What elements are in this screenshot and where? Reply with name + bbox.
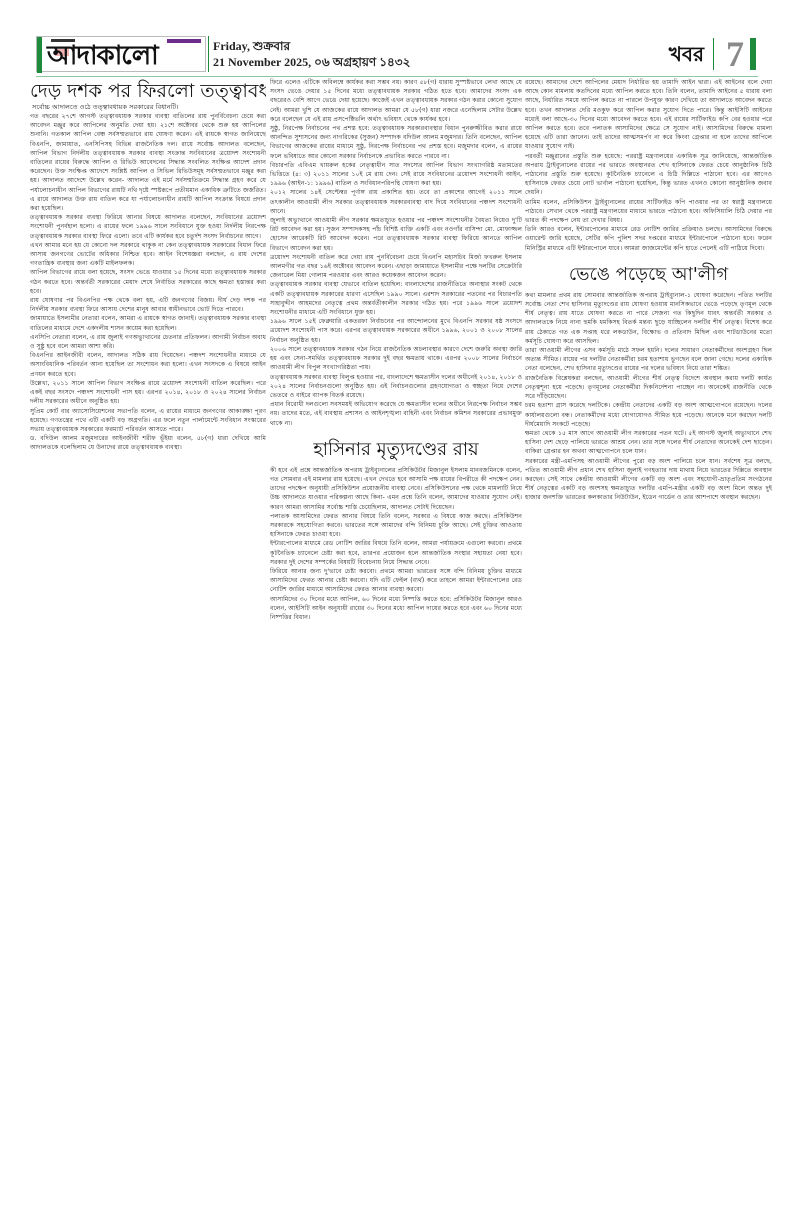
- article-paragraph: কথা মামলার প্রথম রায় সোমবার আন্তর্জাতিক…: [525, 291, 772, 346]
- article-paragraph: উল্লেখ্য, ২০১১ সালে আপিল বিভাগ সংক্ষিপ্ত…: [30, 379, 266, 407]
- article-paragraph: আসামিদের ৩০ দিনের মধ্যে আপিল, ৬০ দিনের ম…: [270, 595, 522, 623]
- page-number: 7: [726, 34, 744, 74]
- masthead: আদাকালো Friday, শুক্রবার 21 November 202…: [36, 36, 758, 80]
- article-paragraph: সুপ্রিম কোর্ট বার অ্যাসোসিয়েশনের সভাপতি…: [30, 407, 266, 435]
- article-paragraph: চরম হতাশা গ্রাস করেছে দলটিকে। কেন্দ্রীয়…: [525, 401, 772, 429]
- article-kicker: সর্বোচ্চ আদালতে ওঠে তত্ত্বাবধায়ক সরকারে…: [32, 103, 266, 112]
- section-header: খবর 7: [558, 36, 758, 72]
- column-1: দেড় দশক পর ফিরলো তত্ত্বাবধায়ক সর্বোচ্চ…: [30, 78, 266, 1193]
- article-paragraph: গত বছরের ২৭শে আগস্ট তত্ত্বাবধায়ক সরকার …: [30, 112, 266, 213]
- article-paragraph: রয়েছে। আমাদের দেশে আপিলের মেয়াদ নির্ধা…: [525, 78, 772, 152]
- dateline-date: 21 November 2025, ০৬ অগ্রহায়ণ ১৪৩২: [213, 54, 410, 70]
- article-paragraph: পলাতক আসামিদের ফেরত আনার বিষয়ে তিনি বলে…: [270, 512, 522, 540]
- article-paragraph: কী হবে এই প্রশ্নে আন্তর্জাতিক অপরাধ ট্রা…: [270, 466, 522, 512]
- article-paragraph: ইন্টারপোলের মাধ্যমে রেড নোটিশ জারির বিষয…: [270, 539, 522, 567]
- section-divider: [713, 38, 714, 70]
- masthead-divider: [208, 36, 209, 72]
- article-paragraph: সুষ্ঠু, নিরপেক্ষ নির্বাচনের পথ প্রশস্ত হ…: [270, 124, 522, 161]
- article-paragraph: ত্রয়োদশ সংশোধনী বাতিল করে দেয়া রায় পু…: [270, 253, 522, 281]
- article-paragraph: আপিল বিভাগের রায়ে বলা হয়েছে, সংসদ ভেঙে…: [30, 268, 266, 296]
- column-3: রয়েছে। আমাদের দেশে আপিলের মেয়াদ নির্ধা…: [525, 78, 772, 1193]
- article-headline[interactable]: দেড় দশক পর ফিরলো তত্ত্বাবধায়ক: [30, 80, 266, 102]
- newspaper-logo[interactable]: আদাকালো: [36, 36, 206, 72]
- article-paragraph: ড. বদিউল আলম মজুমদারের আইনজীবী শরীফ ভূঁই…: [30, 434, 266, 452]
- article-paragraph: ২০০৬ সালে তত্ত্বাবধায়ক সরকার গঠন নিয়ে …: [270, 345, 522, 373]
- article-paragraph: ফিরে এলেও এটিকে অবিলম্বে কার্যকর করা সম্…: [270, 78, 522, 124]
- article-paragraph: ফিরিয়ে আনার জন্য দু'ভাবে চেষ্টা করবো। প…: [270, 567, 522, 595]
- article-paragraph: ক্ষমতা থেকে ১৫ মাস আগে আওয়ামী লীগ সরকার…: [525, 429, 772, 457]
- page-green-bar: [750, 38, 756, 70]
- article-paragraph: বিচারপতি এবিএম খায়রুল হকের নেতৃত্বাধীন …: [270, 161, 522, 189]
- article-paragraph: তত্ত্বাবধায়ক সরকার ব্যবস্থা বিলুপ্ত হওয…: [270, 373, 522, 401]
- dateline: Friday, শুক্রবার 21 November 2025, ০৬ অগ…: [213, 38, 410, 70]
- article-paragraph: জুলাই অভ্যুত্থানে আওয়ামী লীগ সরকার ক্ষম…: [270, 216, 522, 253]
- logo-slogan-badge: [167, 39, 201, 43]
- article-paragraph: এখন আমার মনে হয় যে কোনো দল সরকারে থাকুক…: [30, 241, 266, 269]
- logo-green-bar: [37, 37, 42, 73]
- article-headline[interactable]: ভেঙে পড়েছে আ'লীগ: [525, 263, 772, 287]
- column-2: ফিরে এলেও এটিকে অবিলম্বে কার্যকর করা সম্…: [270, 78, 522, 1193]
- article-paragraph: তামিম বলেন, প্রসিকিউশন ট্রাইব্যুনালের রা…: [525, 198, 772, 226]
- article-paragraph: বিএনপির আইনজীবী বলেন, আদালত সঠিক রায় দি…: [30, 351, 266, 379]
- article-paragraph: ১৯৯৬ সালে ১৫ই ফেব্রুয়ারি একতরফা নির্বাচ…: [270, 317, 522, 345]
- article-paragraph: রাজনৈতিক বিশ্লেষকরা বলছেন, আওয়ামী লীগের…: [525, 374, 772, 402]
- article-headline[interactable]: হাসিনার মৃত্যুদণ্ডের রায়: [270, 438, 522, 462]
- section-name: খবর: [669, 40, 704, 73]
- masthead-rule: [36, 76, 758, 77]
- article-paragraph: প্রধান বিরোধী দলগুলো সবসময়ই অভিযোগ করেছ…: [270, 400, 522, 428]
- logo-text: আদাকালো: [47, 40, 158, 72]
- article-paragraph: রায় ঘোষণার পর বিএনপির পক্ষ থেকে বলা হয়…: [30, 296, 266, 314]
- article-paragraph: সরকারের মন্ত্রী-এমপিসহ আওয়ামী লীগের পুর…: [525, 457, 772, 503]
- article-paragraph: তত্ত্বাবধায়ক সরকার ব্যবস্থা যেভাবে বাতি…: [270, 280, 522, 317]
- article-paragraph: তিনি আরও বলেন, ইন্টারপোলের মাধ্যমে রেড ন…: [525, 225, 772, 253]
- article-paragraph: তারা আওয়ামী লীগের এসব কর্মসূচি মাঠে সফল…: [525, 346, 772, 374]
- article-paragraph: জামায়াতে ইসলামীর নেতারা বলেন, আমরা এ রা…: [30, 314, 266, 332]
- article-paragraph: এনসিপি নেতারা বলেন, এ রায় জুলাই গণঅভ্যু…: [30, 333, 266, 351]
- article-paragraph: পরবর্তী মঞ্জুরানের প্রস্তুতি শুরু হয়েছে…: [525, 152, 772, 198]
- dateline-day: Friday, শুক্রবার: [213, 38, 410, 54]
- article-paragraph: তত্ত্বাবধায়ক সরকার ব্যবস্থা ফিরিয়ে আনা…: [30, 213, 266, 241]
- article-paragraph: ২০১২ সালের ১৪ই সেপ্টেম্বর পূর্ণাঙ্গ রায়…: [270, 188, 522, 216]
